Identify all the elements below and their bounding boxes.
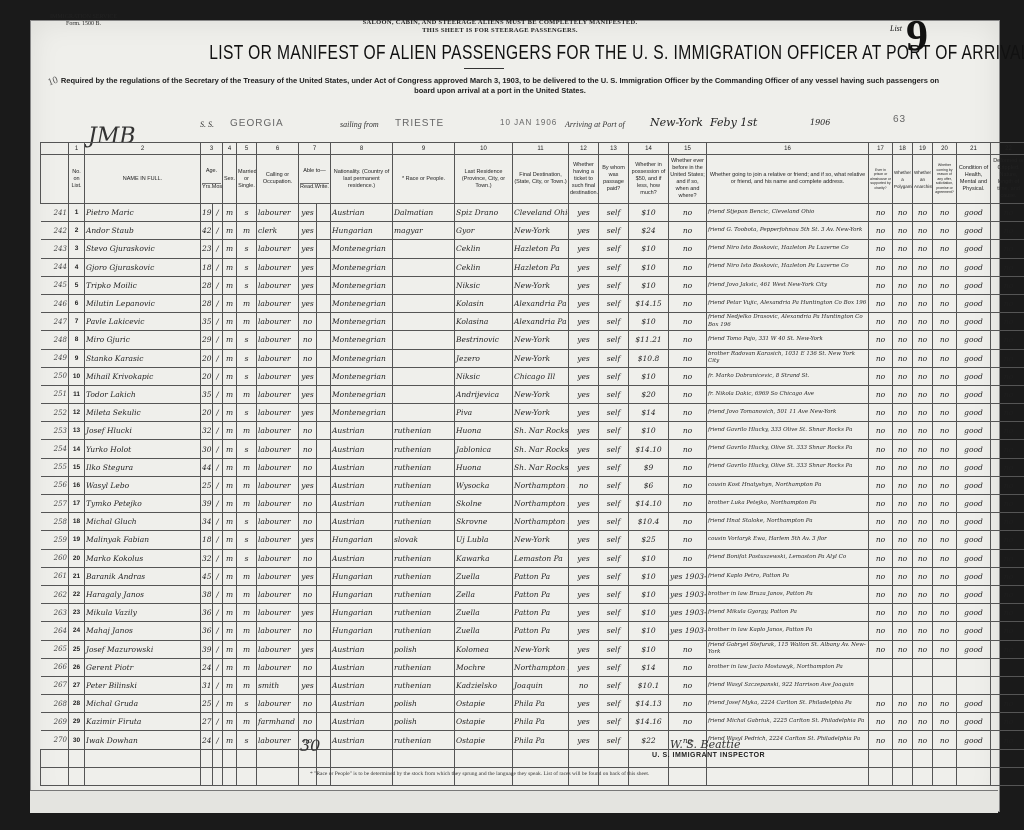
deformed: no [991,422,1024,440]
health-condition: good [957,585,991,603]
passage-paid-by: self [599,294,629,312]
passenger-row: 245 5 Tripko Moilic 28 / m s labourer ye… [41,276,1024,294]
prison-almshouse: no [869,458,893,476]
last-residence: Jablonica [455,440,513,458]
sequence-number: 252 [41,404,69,422]
last-residence: Kolasina [455,313,513,331]
money: $10 [629,313,669,331]
sex: m [223,567,237,585]
prison-almshouse: no [869,585,893,603]
prison-almshouse: no [869,640,893,658]
read: yes [299,204,317,222]
money: $10.8 [629,349,669,367]
deformed: no [991,258,1024,276]
passenger-name: Marko Kokolus [85,549,201,567]
health-condition: good [957,713,991,731]
previously-in-us: no [669,258,707,276]
polygamist: no [893,549,913,567]
prison-almshouse: no [869,385,893,403]
passage-paid-by: self [599,585,629,603]
blank-cell [933,767,957,785]
has-ticket: yes [569,276,599,294]
read: yes [299,294,317,312]
money: $9 [629,458,669,476]
has-ticket: yes [569,458,599,476]
race: ruthenian [393,476,455,494]
line-number: 25 [69,640,85,658]
passenger-name: Todor Lakich [85,385,201,403]
anarchist: no [913,695,933,713]
occupation: labourer [257,294,299,312]
passenger-name: Josef Mazurowski [85,640,201,658]
blank-cell [669,767,707,785]
final-destination: Northampton Pa [513,476,569,494]
sequence-number: 256 [41,476,69,494]
passenger-row: 246 6 Milutin Lepanovic 28 / m m laboure… [41,294,1024,312]
prison-almshouse [869,676,893,694]
final-destination: Sh. Nar Rocks Pa [513,458,569,476]
last-residence: Skrovne [455,513,513,531]
line-number: 17 [69,495,85,513]
deformed: no [991,640,1024,658]
marital-status: m [237,713,257,731]
contract-labor: no [933,513,957,531]
prison-almshouse: no [869,549,893,567]
top-note: SALOON, CABIN, AND STEERAGE ALIENS MUST … [300,19,700,35]
sex: m [223,495,237,513]
line-number: 1 [69,204,85,222]
has-ticket: yes [569,658,599,676]
read: yes [299,476,317,494]
form-identifier: IMMIGRATION SERVICE Form. 1500 B. [50,14,117,28]
blank-cell [85,749,201,767]
read: no [299,331,317,349]
write [317,567,331,585]
race: polish [393,640,455,658]
read: no [299,713,317,731]
header-anarchist: Whether an Anarchist. [913,155,933,204]
age-months: / [213,458,223,476]
anarchist [913,676,933,694]
col-num-14: 14 [629,143,669,155]
age-years: 20 [201,367,213,385]
joining-relative: brother in law Kaplo Janos, Patton Pa [707,622,869,640]
occupation: labourer [257,331,299,349]
marital-status: s [237,695,257,713]
col-num-18: 18 [893,143,913,155]
passenger-row: 251 11 Todor Lakich 35 / m m labourer ye… [41,385,1024,403]
passage-paid-by: self [599,731,629,749]
has-ticket: yes [569,622,599,640]
passenger-row: 249 9 Stanko Karasic 20 / m s labourer n… [41,349,1024,367]
joining-relative: friend Josef Myka, 2224 Carlton St. Phil… [707,695,869,713]
passenger-row: 270 30 Iwak Dowhan 24 / m s labourer no … [41,731,1024,749]
line-number: 15 [69,458,85,476]
nationality: Hungarian [331,585,393,603]
contract-labor: no [933,458,957,476]
col-num-2: 2 [85,143,201,155]
occupation: labourer [257,531,299,549]
prison-almshouse: no [869,731,893,749]
marital-status: m [237,658,257,676]
polygamist: no [893,204,913,222]
blank-cell [223,749,237,767]
joining-relative: friend Wasyl Szczepanski, 922 Harrison A… [707,676,869,694]
sequence-number: 261 [41,567,69,585]
health-condition: good [957,349,991,367]
passage-paid-by: self [599,258,629,276]
health-condition: good [957,458,991,476]
previously-in-us: no [669,276,707,294]
has-ticket: yes [569,604,599,622]
polygamist: no [893,440,913,458]
age-years: 20 [201,404,213,422]
final-destination: Phila Pa [513,731,569,749]
occupation: labourer [257,513,299,531]
final-destination: Patton Pa [513,604,569,622]
last-residence: Bestrinovic [455,331,513,349]
race [393,404,455,422]
nationality: Austrian [331,658,393,676]
read: yes [299,531,317,549]
anarchist: no [913,331,933,349]
passage-paid-by: self [599,440,629,458]
passenger-name: Peter Bilinski [85,676,201,694]
sailing-port: TRIESTE [395,118,444,129]
sex: m [223,204,237,222]
sailing-date: 10 JAN 1906 [500,118,557,127]
passenger-row: 258 18 Michal Gluch 34 / m s labourer no… [41,513,1024,531]
sequence-number: 245 [41,276,69,294]
occupation: labourer [257,458,299,476]
age-months: / [213,385,223,403]
blank-cell [213,749,223,767]
final-destination: New-York [513,331,569,349]
blank-cell [913,749,933,767]
passenger-total: 30 [300,736,320,755]
health-condition: good [957,495,991,513]
col-num-6: 6 [257,143,299,155]
ship-name: GEORGIA [230,118,284,129]
occupation: labourer [257,440,299,458]
passage-paid-by: self [599,513,629,531]
form-number: Form. 1500 B. [50,21,117,28]
read: yes [299,258,317,276]
passage-paid-by: self [599,276,629,294]
joining-relative: brother in law Bruza Janos, Patton Pa [707,585,869,603]
passenger-name: Mahaj Janos [85,622,201,640]
passenger-name: Gjoro Gjuraskovic [85,258,201,276]
col-num-5: 5 [237,143,257,155]
passage-paid-by: self [599,695,629,713]
blank-cell [707,767,869,785]
anarchist: no [913,585,933,603]
col-num-21: 21 [957,143,991,155]
deformed: no [991,604,1024,622]
final-destination: Northampton Pa [513,658,569,676]
nationality: Hungarian [331,622,393,640]
header-polygamist: Whether a Polygamist. [893,155,913,204]
age-months: / [213,258,223,276]
occupation: farmhand [257,713,299,731]
contract-labor [933,658,957,676]
final-destination: New-York [513,385,569,403]
sex: m [223,531,237,549]
passenger-row: 242 2 Andor Staub 42 / m m clerk yes Hun… [41,222,1024,240]
final-destination: Patton Pa [513,567,569,585]
occupation: labourer [257,313,299,331]
previously-in-us: yes 1903-1905 Patton Pa [669,585,707,603]
joining-relative: friend Jovo Tomanovich, 501 11 Ave New-Y… [707,404,869,422]
money: $10 [629,640,669,658]
read: yes [299,640,317,658]
sequence-number: 255 [41,458,69,476]
polygamist: no [893,640,913,658]
polygamist: no [893,531,913,549]
passage-paid-by: self [599,476,629,494]
deformed: no [991,513,1024,531]
polygamist: no [893,422,913,440]
deformed: no [991,276,1024,294]
age-months: / [213,658,223,676]
sex: m [223,458,237,476]
passage-paid-by: self [599,349,629,367]
health-condition: good [957,204,991,222]
age-months: / [213,349,223,367]
joining-relative: brother Luka Petejko, Northampton Pa [707,495,869,513]
header-age-label: Age. [202,168,221,175]
last-residence: Mochre [455,658,513,676]
sequence-number: 249 [41,349,69,367]
anarchist: no [913,204,933,222]
marital-status: m [237,294,257,312]
last-residence: Ceklin [455,240,513,258]
last-residence: Skolne [455,495,513,513]
marital-status: s [237,331,257,349]
write [317,313,331,331]
write [317,240,331,258]
header-list-no: No. on List. [69,155,85,204]
nationality: Hungarian [331,531,393,549]
header-age-years: Yrs. [202,184,212,191]
occupation: labourer [257,404,299,422]
passenger-row: 257 17 Tymko Petejko 39 / m m labourer n… [41,495,1024,513]
write [317,476,331,494]
contract-labor: no [933,531,957,549]
sex: m [223,385,237,403]
line-number: 6 [69,294,85,312]
final-destination: New-York [513,276,569,294]
sex: m [223,440,237,458]
header-health: Condition of Health, Mental and Physical… [957,155,991,204]
money: $10 [629,422,669,440]
money: $10 [629,622,669,640]
previously-in-us: no [669,331,707,349]
money: $14.15 [629,294,669,312]
sex: m [223,222,237,240]
race: polish [393,695,455,713]
sequence-number: 266 [41,658,69,676]
money: $14 [629,658,669,676]
joining-relative: friend Niro Isto Boskovic, Hazleton Pa L… [707,258,869,276]
race: ruthenian [393,604,455,622]
header-write: Write. [315,184,329,191]
race [393,313,455,331]
last-residence: Ostapie [455,713,513,731]
passenger-name: Tymko Petejko [85,495,201,513]
previously-in-us: no [669,422,707,440]
final-destination: New-York [513,404,569,422]
age-months: / [213,731,223,749]
line-number: 12 [69,404,85,422]
polygamist: no [893,294,913,312]
line-number: 18 [69,513,85,531]
header-deformed: Deformed or Crippled. Nature, length of … [991,155,1024,204]
last-residence: Kolomea [455,640,513,658]
sex: m [223,695,237,713]
last-residence: Huona [455,422,513,440]
contract-labor: no [933,440,957,458]
sex: m [223,313,237,331]
passage-paid-by: self [599,604,629,622]
read: no [299,513,317,531]
blank-cell [201,749,213,767]
blank-cell [201,767,213,785]
line-number: 10 [69,367,85,385]
previously-in-us: no [669,458,707,476]
joining-relative: friend Gabryel Stefurak, 115 Walton St. … [707,640,869,658]
last-residence: Kadzielsko [455,676,513,694]
read: no [299,585,317,603]
blank-cell [869,767,893,785]
passenger-row: 243 3 Stevo Gjuraskovic 23 / m s laboure… [41,240,1024,258]
sex: m [223,476,237,494]
joining-relative: friend Petar Vujic, Alexandria Pa Huntin… [707,294,869,312]
passenger-name: Michal Gluch [85,513,201,531]
passage-paid-by: self [599,622,629,640]
has-ticket: yes [569,567,599,585]
marital-status: s [237,258,257,276]
blank-cell [69,767,85,785]
nationality: Montenegrian [331,276,393,294]
nationality: Austrian [331,422,393,440]
has-ticket: yes [569,331,599,349]
money: $10 [629,204,669,222]
last-residence: Zuella [455,604,513,622]
age-months: / [213,695,223,713]
header-prison: Ever in prison or almshouse or supported… [869,155,893,204]
money: $10 [629,549,669,567]
deformed: no [991,222,1024,240]
health-condition: good [957,367,991,385]
prison-almshouse: no [869,622,893,640]
contract-labor: no [933,585,957,603]
occupation: labourer [257,731,299,749]
anarchist: no [913,313,933,331]
age-years: 36 [201,622,213,640]
prison-almshouse: no [869,476,893,494]
last-residence: Kolasin [455,294,513,312]
previously-in-us: no [669,513,707,531]
marital-status: m [237,640,257,658]
header-final-destination: Final Destination, (State, City, or Town… [513,155,569,204]
line-number: 19 [69,531,85,549]
occupation: labourer [257,258,299,276]
last-residence: Piva [455,404,513,422]
marital-status: m [237,604,257,622]
passenger-name: Andor Staub [85,222,201,240]
write [317,585,331,603]
sex: m [223,549,237,567]
previously-in-us: no [669,695,707,713]
blank-row [41,749,1024,767]
has-ticket: yes [569,695,599,713]
passenger-row: 253 13 Josef Hlucki 32 / m m labourer no… [41,422,1024,440]
race: ruthenian [393,585,455,603]
sex: m [223,585,237,603]
polygamist: no [893,622,913,640]
prison-almshouse: no [869,294,893,312]
nationality: Montenegrian [331,258,393,276]
anarchist: no [913,276,933,294]
money: $10 [629,567,669,585]
marital-status: m [237,385,257,403]
nationality: Hungarian [331,567,393,585]
age-years: 36 [201,604,213,622]
previously-in-us: no [669,531,707,549]
joining-relative: friend Gavrilo Hlucky, 333 Olive St. Shn… [707,422,869,440]
sequence-number: 257 [41,495,69,513]
line-number: 13 [69,422,85,440]
read: no [299,658,317,676]
joining-relative: friend G. Toobota, Pepperfohnau 5th St. … [707,222,869,240]
line-number: 26 [69,658,85,676]
age-months: / [213,513,223,531]
money: $10 [629,258,669,276]
nationality: Austrian [331,476,393,494]
last-residence: Spiz Drano [455,204,513,222]
race [393,294,455,312]
age-years: 31 [201,676,213,694]
age-years: 45 [201,567,213,585]
passenger-row: 248 8 Miro Gjuric 29 / m s labourer no M… [41,331,1024,349]
sequence-number: 246 [41,294,69,312]
age-years: 27 [201,713,213,731]
anarchist: no [913,495,933,513]
has-ticket: yes [569,367,599,385]
deformed: no [991,404,1024,422]
line-number: 24 [69,622,85,640]
voyage-line: S. S. GEORGIA sailing from TRIESTE 10 JA… [60,118,940,134]
blank-cell [223,767,237,785]
anarchist [913,658,933,676]
write [317,294,331,312]
anarchist: no [913,567,933,585]
health-condition: good [957,385,991,403]
prison-almshouse: no [869,495,893,513]
health-condition: good [957,549,991,567]
previously-in-us: no [669,476,707,494]
blank-cell [41,767,69,785]
header-ticket: Whether having a ticket to such final de… [569,155,599,204]
blank-cell [913,767,933,785]
sex: m [223,731,237,749]
contract-labor: no [933,204,957,222]
write [317,604,331,622]
sequence-number: 269 [41,713,69,731]
previously-in-us: yes 1903-1905 Patton Pa [669,567,707,585]
polygamist: no [893,513,913,531]
